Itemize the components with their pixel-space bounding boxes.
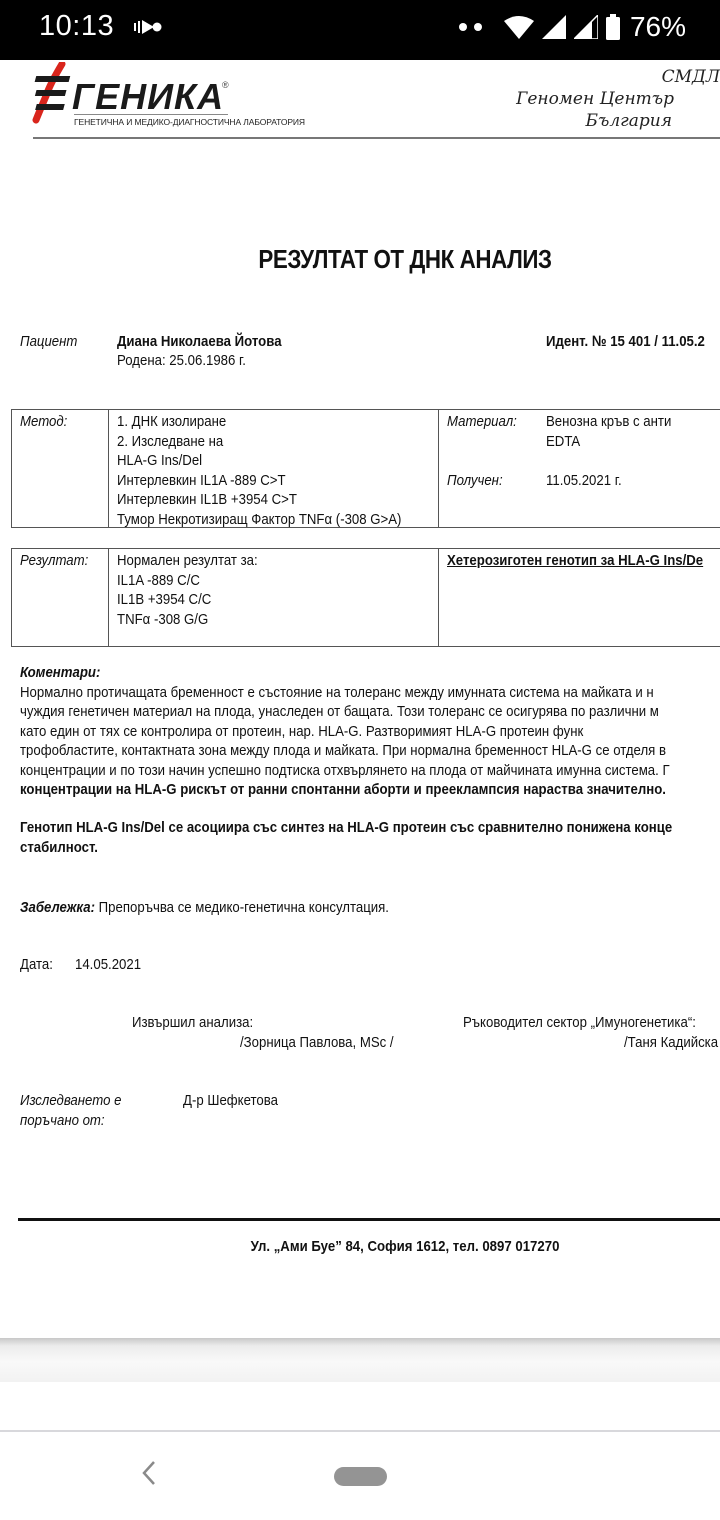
cast-icon <box>134 18 162 36</box>
result-line: TNFα -308 G/G <box>117 610 208 630</box>
battery-percent: 76% <box>630 11 686 43</box>
genotype-line: Генотип HLA-G Ins/Del се асоциира със си… <box>20 818 720 838</box>
home-pill-icon[interactable] <box>334 1467 387 1486</box>
patient-name: Диана Николаева Йотова <box>117 332 282 352</box>
performed-label: Извършил анализа: <box>132 1013 253 1033</box>
comment-line: като един от тях се контролира от протеи… <box>20 722 720 742</box>
ordered-by-doctor: Д-р Шефкетова <box>183 1091 278 1111</box>
wifi-icon <box>504 15 534 39</box>
ordered-by-label: Изследването е <box>20 1091 121 1111</box>
comments-section: Коментари: Нормално протичащата бременно… <box>20 663 720 800</box>
geneka-logo: ГЕНИКА ® ГЕНЕТИЧНА И МЕДИКО-ДИАГНОСТИЧНА… <box>30 62 310 132</box>
next-page-edge <box>0 1382 720 1430</box>
method-line: Интерлевкин IL1A -889 C>T <box>117 471 286 491</box>
navigation-bar <box>0 1432 720 1520</box>
document-page[interactable]: ГЕНИКА ® ГЕНЕТИЧНА И МЕДИКО-ДИАГНОСТИЧНА… <box>0 60 720 1338</box>
registered-mark: ® <box>222 80 229 90</box>
footer-address: Ул. „Ами Буе” 84, София 1612, тел. 0897 … <box>49 1238 720 1255</box>
comment-line: чуждия генетичен материал на плода, унас… <box>20 702 720 722</box>
lab-name: СМДЛ Геномен Център България <box>516 66 674 132</box>
ordered-by-label: поръчано от: <box>20 1111 105 1131</box>
genotype-result: Хетерозиготен генотип за HLA-G Ins/De <box>447 551 703 571</box>
back-chevron-icon[interactable] <box>138 1458 160 1488</box>
material-value: EDTA <box>546 432 580 452</box>
method-line: HLA-G Ins/Del <box>117 451 202 471</box>
patient-label: Пациент <box>20 332 77 352</box>
result-label: Резултат: <box>20 551 88 571</box>
logo-subtitle: ГЕНЕТИЧНА И МЕДИКО-ДИАГНОСТИЧНА ЛАБОРАТО… <box>74 117 305 127</box>
comment-line: трофобластите, контактната зона между пл… <box>20 741 720 761</box>
comment-line: концентрации и по този начин успешно под… <box>20 761 720 781</box>
lab-line: България <box>516 110 672 132</box>
material-value: Венозна кръв с анти <box>546 412 671 432</box>
head-label: Ръководител сектор „Имуногенетика“: <box>463 1013 696 1033</box>
status-icons: 76% <box>459 10 686 44</box>
battery-icon <box>606 14 620 40</box>
material-label: Материал: <box>447 412 517 432</box>
status-bar: 10:13 76% <box>0 0 720 60</box>
comment-bold-line: концентрации на HLA-G рискът от ранни сп… <box>20 780 720 800</box>
clock: 10:13 <box>39 10 114 43</box>
method-line: Интерлевкин IL1B +3954 C>T <box>117 490 297 510</box>
performed-name: /Зорница Павлова, MSc / <box>240 1033 394 1053</box>
method-line: 2. Изследване на <box>117 432 223 452</box>
lab-line: Геномен Център <box>516 88 674 110</box>
note-label: Забележка: <box>20 899 95 916</box>
head-name: /Таня Кадийска <box>624 1033 718 1053</box>
method-line: 1. ДНК изолиране <box>117 412 226 432</box>
document-title: РЕЗУЛТАТ ОТ ДНК АНАЛИЗ <box>57 244 720 275</box>
page-gap <box>0 1338 720 1382</box>
date-value: 14.05.2021 <box>75 955 141 975</box>
logo-name: ГЕНИКА <box>72 76 224 118</box>
logo-divider <box>74 114 228 115</box>
result-line: Нормален резултат за: <box>117 551 258 571</box>
note-text: Препоръчва се медико-генетична консултац… <box>95 899 389 916</box>
header-rule <box>33 137 720 139</box>
note: Забележка: Препоръчва се медико-генетичн… <box>20 898 389 918</box>
comment-line: Нормално протичащата бременност е състоя… <box>20 683 720 703</box>
genotype-note: Генотип HLA-G Ins/Del се асоциира със си… <box>20 818 720 857</box>
result-line: IL1B +3954 C/C <box>117 590 211 610</box>
method-line: Тумор Некротизиращ Фактор TNFα (-308 G>A… <box>117 510 401 530</box>
signal-full-icon <box>542 15 566 39</box>
notification-dots-icon <box>459 23 482 31</box>
signal-partial-icon <box>574 15 598 39</box>
date-label: Дата: <box>20 955 53 975</box>
received-label: Получен: <box>447 471 503 491</box>
genotype-line: стабилност. <box>20 838 720 858</box>
lab-line: СМДЛ <box>516 66 720 88</box>
received-date: 11.05.2021 г. <box>546 471 622 491</box>
result-line: IL1A -889 C/C <box>117 571 200 591</box>
footer-rule <box>18 1218 720 1221</box>
comments-heading: Коментари: <box>20 663 720 683</box>
method-label: Метод: <box>20 412 67 432</box>
ident-number: Идент. № 15 401 / 11.05.2 <box>546 332 705 352</box>
patient-birthdate: Родена: 25.06.1986 г. <box>117 351 246 371</box>
